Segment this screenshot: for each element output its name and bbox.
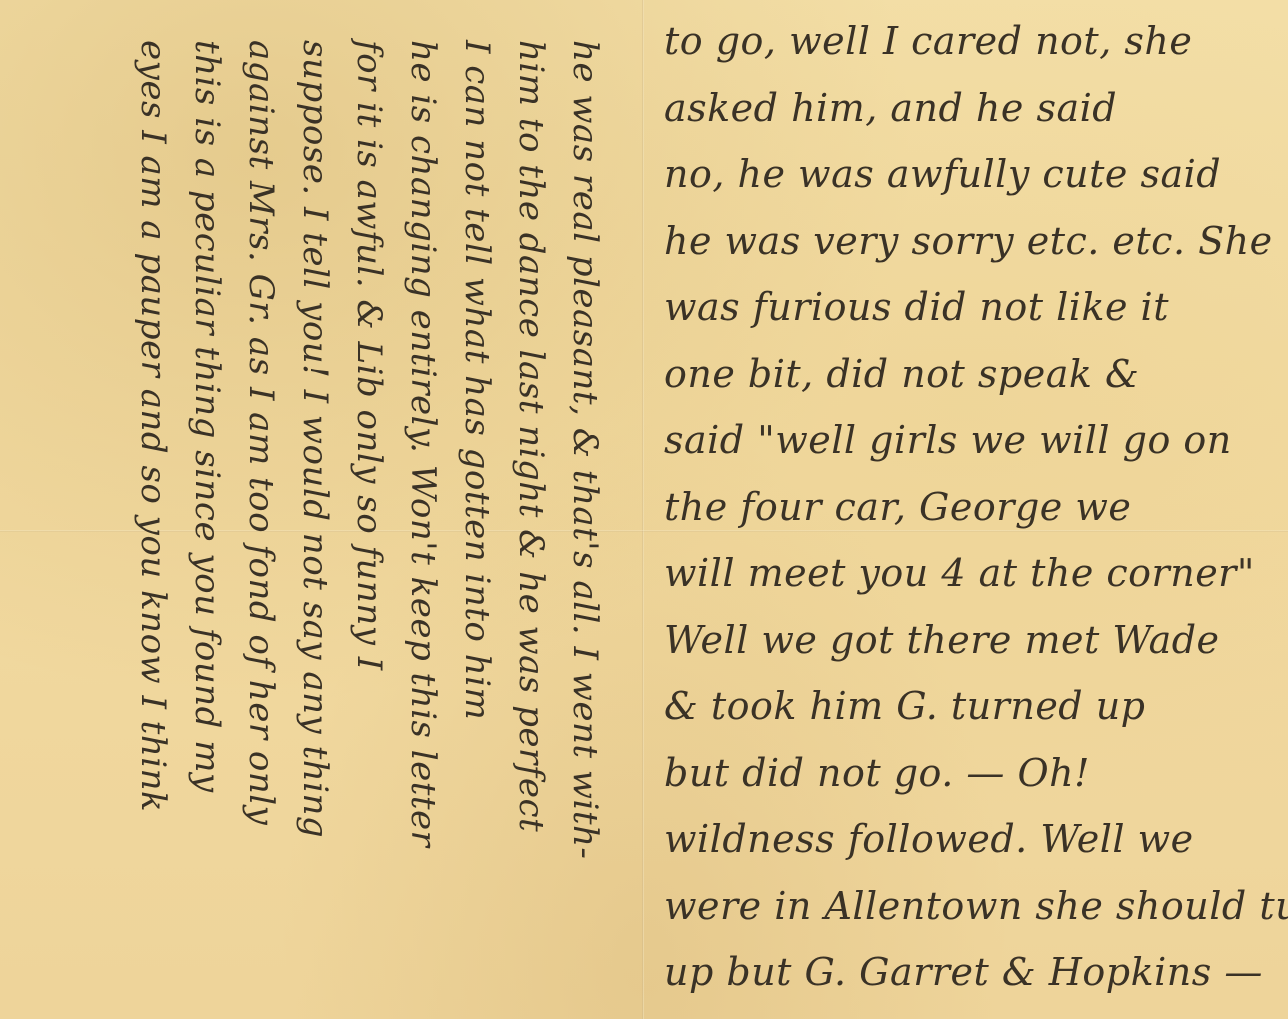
handwritten-line: were in Allentown she should turn bbox=[664, 873, 1278, 940]
handwritten-line: this is a peculiar thing since you found… bbox=[180, 40, 234, 999]
handwritten-line: Well we got there met Wade bbox=[664, 607, 1278, 674]
handwritten-line: to go, well I cared not, she bbox=[664, 8, 1278, 75]
handwritten-line: will meet you 4 at the corner" bbox=[664, 540, 1278, 607]
handwritten-line: for it is awful. & Lib only so funny I bbox=[342, 40, 396, 999]
handwritten-line: he was real pleasant, & that's all. I we… bbox=[558, 40, 612, 999]
handwritten-line: asked him, and he said bbox=[664, 75, 1278, 142]
handwritten-line: against Mrs. Gr. as I am too fond of her… bbox=[234, 40, 288, 999]
right-page: to go, well I cared not, she asked him, … bbox=[644, 0, 1288, 1019]
handwritten-line: he is changing entirely. Won't keep this… bbox=[396, 40, 450, 999]
handwritten-line: was furious did not like it bbox=[664, 274, 1278, 341]
handwritten-line: & took him G. turned up bbox=[664, 673, 1278, 740]
handwritten-line: him to the dance last night & he was per… bbox=[504, 40, 558, 999]
letter-scan: he was real pleasant, & that's all. I we… bbox=[0, 0, 1288, 1019]
handwritten-line: up but G. Garret & Hopkins — bbox=[664, 939, 1278, 1006]
left-page-rotated-text: he was real pleasant, & that's all. I we… bbox=[0, 0, 642, 1019]
handwritten-line: eyes I am a pauper and so you know I thi… bbox=[126, 40, 180, 999]
handwritten-line: the four car, George we bbox=[664, 474, 1278, 541]
left-page: he was real pleasant, & that's all. I we… bbox=[0, 0, 642, 1019]
handwritten-line: suppose. I tell you! I would not say any… bbox=[288, 40, 342, 999]
right-page-text: to go, well I cared not, she asked him, … bbox=[664, 8, 1278, 1006]
handwritten-line: no, he was awfully cute said bbox=[664, 141, 1278, 208]
handwritten-line: he was very sorry etc. etc. She bbox=[664, 208, 1278, 275]
handwritten-line: I can not tell what has gotten into him bbox=[450, 40, 504, 999]
handwritten-line: but did not go. — Oh! bbox=[664, 740, 1278, 807]
handwritten-line: one bit, did not speak & bbox=[664, 341, 1278, 408]
handwritten-line: said "well girls we will go on bbox=[664, 407, 1278, 474]
handwritten-line: wildness followed. Well we bbox=[664, 806, 1278, 873]
